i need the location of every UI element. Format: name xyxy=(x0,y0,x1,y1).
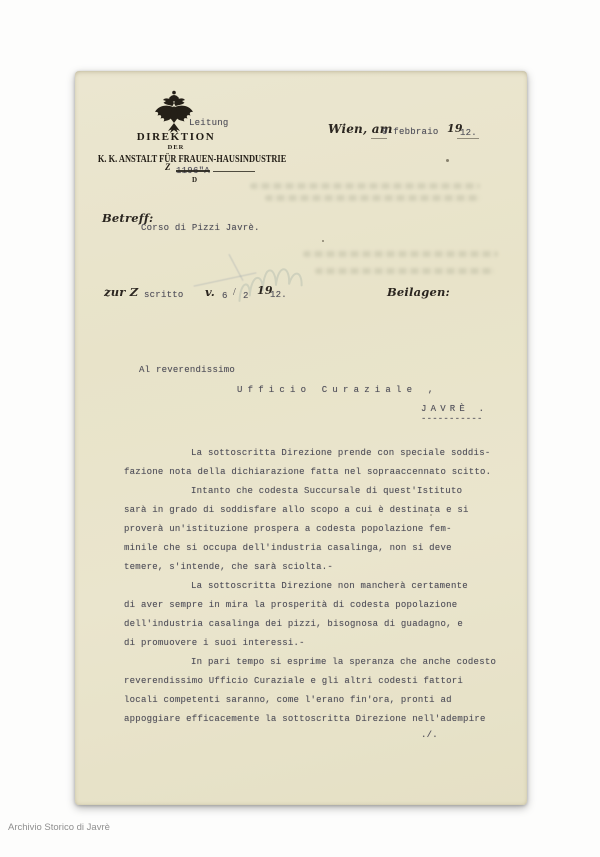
archive-photo-background: Leitung DIREKTION DER K. K. ANSTALT FÜR … xyxy=(0,0,600,857)
recipient-office: Ufficio Curaziale , xyxy=(237,385,438,395)
form-rule xyxy=(371,138,387,139)
body-line: reverendissimo Ufficio Curaziale e gli a… xyxy=(124,672,524,691)
double-eagle-emblem-icon xyxy=(154,90,194,134)
file-number-struck: 1196"A xyxy=(176,166,210,176)
zurz-year-typed: 12. xyxy=(270,290,287,300)
faint-handwriting-mark xyxy=(218,224,328,317)
zurz-slash: / xyxy=(233,287,236,298)
file-d-label: D xyxy=(192,176,197,184)
date-typed: 9 febbraio xyxy=(382,127,439,137)
archive-watermark: Archivio Storico di Javrè xyxy=(8,822,110,833)
body-line: proverà un'istituzione prospera a codest… xyxy=(124,520,524,539)
continuation-mark: ./. xyxy=(421,730,438,740)
zurz-day-typed: 6 xyxy=(222,291,228,301)
body-line: minile che si occupa dell'industria casa… xyxy=(124,539,524,558)
body-line: dell'industria casalinga dei pizzi, biso… xyxy=(124,615,524,634)
body-line: locali competenti saranno, come l'erano … xyxy=(124,691,524,710)
bleedthrough-smudge xyxy=(303,251,498,257)
letter-document: Leitung DIREKTION DER K. K. ANSTALT FÜR … xyxy=(75,71,527,805)
recipient-underline: ----------- xyxy=(421,414,483,424)
letterhead-institution-name: K. K. ANSTALT FÜR FRAUEN-HAUSINDUSTRIE xyxy=(98,154,254,165)
body-line: temere, s'intende, che sarà sciolta.- xyxy=(124,558,524,577)
zurz-von-label: v. xyxy=(205,285,215,299)
letterhead-direktion-title: DIREKTION xyxy=(91,131,261,143)
bleedthrough-smudge xyxy=(265,195,480,201)
recipient-place: JAVRÈ . xyxy=(421,404,488,414)
body-line: di promuovere i suoi interessi.- xyxy=(124,634,524,653)
letter-body: La sottoscritta Direzione prende con spe… xyxy=(124,444,524,744)
body-line: sarà in grado di soddisfare allo scopo a… xyxy=(124,501,524,520)
body-line: fazione nota della dichiarazione fatta n… xyxy=(124,463,524,482)
body-line: La sottoscritta Direzione non mancherà c… xyxy=(124,577,524,596)
strike-line xyxy=(213,171,255,172)
paper-speck xyxy=(322,240,324,242)
file-z-label: Z xyxy=(165,162,171,172)
body-line: appoggiare efficacemente la sottoscritta… xyxy=(124,710,524,729)
form-rule xyxy=(457,138,479,139)
letterhead-leitung-label: Leitung xyxy=(189,118,229,128)
paper-speck xyxy=(446,159,449,162)
zurz-label: zur Z xyxy=(104,285,138,299)
bleedthrough-smudge xyxy=(315,268,495,274)
bleedthrough-smudge xyxy=(250,183,480,189)
body-line: di aver sempre in mira la prosperità di … xyxy=(124,596,524,615)
zurz-month-typed: 2 xyxy=(243,291,249,301)
beilagen-label: Beilagen: xyxy=(387,285,450,299)
body-line: In pari tempo si esprime la speranza che… xyxy=(124,653,524,672)
zurz-typed-word: scritto xyxy=(144,290,184,300)
subject-value: Corso di Pizzi Javrè. xyxy=(141,223,260,233)
body-line: La sottoscritta Direzione prende con spe… xyxy=(124,444,524,463)
body-line: Intanto che codesta Succursale di quest'… xyxy=(124,482,524,501)
date-year-typed: 12. xyxy=(460,128,477,138)
letterhead-der-label: DER xyxy=(91,144,261,151)
recipient-salutation: Al reverendissimo xyxy=(139,365,235,375)
